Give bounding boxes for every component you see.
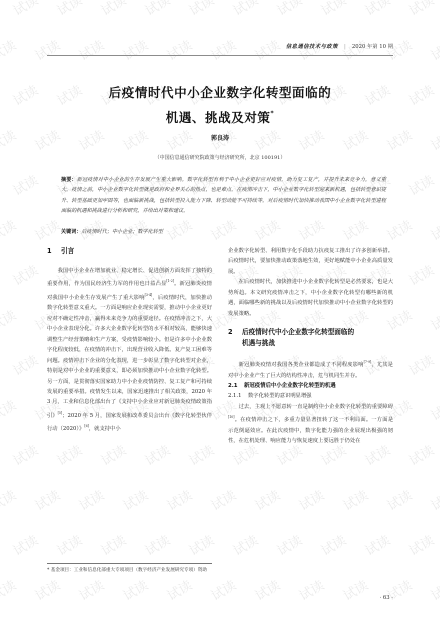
watermark-text: 试读 (119, 485, 151, 514)
watermark-text: 试读 (53, 440, 85, 469)
watermark-text: 试读 (75, 485, 107, 514)
watermark-text: 试读 (405, 260, 437, 289)
watermark-text: 试读 (427, 395, 440, 424)
title-line-2-text: 机遇、挑战及对策 (166, 110, 271, 125)
watermark-text: 试读 (0, 395, 19, 424)
watermark-text: 试读 (405, 530, 437, 559)
watermark-text: 试读 (75, 575, 107, 604)
article-title: 后疫情时代中小企业数字化转型面临的 机遇、挑战及对策* (40, 82, 400, 128)
watermark-text: 试读 (273, 0, 305, 19)
watermark-text: 试读 (405, 80, 437, 109)
watermark-text: 试读 (97, 440, 129, 469)
watermark-text: 试读 (405, 0, 437, 19)
watermark-text: 试读 (0, 305, 19, 334)
watermark-text: 试读 (9, 80, 41, 109)
page-number: · 63 · (380, 595, 393, 601)
footnote-divider (47, 563, 212, 564)
watermark-text: 试读 (207, 575, 239, 604)
section-title: 引言 (61, 246, 74, 257)
watermark-text: 试读 (427, 575, 440, 604)
watermark-text: 试读 (295, 575, 327, 604)
author-affiliation: （中国信息通信研究院政策与经济研究所，北京 100191） (0, 154, 440, 161)
issue-number: 2020 年第 10 期 (352, 43, 393, 52)
subsection-title: 新冠疫情后中小企业数字化转型的机遇 (244, 383, 336, 389)
left-column: 1 引言 我国中小企业在增加就业、稳定增长、促进创新方面发挥了独特的重要作用，作… (47, 246, 212, 435)
watermark-text: 试读 (9, 170, 41, 199)
section-title: 后疫情时代中小企业数字化转型面临的机遇与挑战 (242, 327, 354, 349)
watermark-text: 试读 (361, 530, 393, 559)
watermark-text: 试读 (141, 0, 173, 19)
paragraph: 我国中小企业在增加就业、稳定增长、促进创新方面发挥了独特的重要作用，作为国民经济… (47, 266, 212, 435)
watermark-text: 试读 (0, 575, 19, 604)
header-separator: | (344, 43, 346, 52)
watermark-text: 试读 (9, 530, 41, 559)
watermark-text: 试读 (251, 485, 283, 514)
watermark-text: 试读 (9, 440, 41, 469)
watermark-text: 试读 (141, 530, 173, 559)
watermark-text: 试读 (185, 0, 217, 19)
watermark-text: 试读 (0, 485, 19, 514)
section-title-line-2: 机遇与挑战 (242, 339, 275, 347)
watermark-text: 试读 (97, 0, 129, 19)
text: 过去，主观上不愿意转一直是制约中小企业数字化转型的重要障碍 (239, 404, 393, 410)
watermark-text: 试读 (405, 350, 437, 379)
author-name: 郭良涛 (0, 133, 440, 142)
watermark-text: 试读 (9, 350, 41, 379)
paragraph-continued: 企业数字化转型、利用数字化手段助力抗疫复工推出了许多创新举措。后疫情时代，要加快… (228, 246, 393, 277)
section-1-heading: 1 引言 (47, 246, 212, 257)
section-2-heading: 2 后疫情时代中小企业数字化转型面临的机遇与挑战 (228, 327, 393, 349)
watermark-text: 试读 (317, 0, 349, 19)
keywords-label: 关键词： (61, 229, 81, 235)
footnote-text: 基金项目：工业和信息化部重大专项项目（数字经济产业发展研究专项）资助 (51, 568, 207, 573)
abstract-label: 摘要： (61, 177, 77, 183)
subsection-number: 2.1 (228, 381, 244, 391)
watermark-text: 试读 (9, 0, 41, 19)
watermark-text: 试读 (0, 35, 19, 64)
text: ；2020 年 5 月，国家发展和改革委员会出台《数字化转型伙伴行动（2020）… (47, 413, 212, 432)
citation-link[interactable]: [1-2] (166, 279, 174, 283)
abstract: 摘要：新冠疫情对中小企业的生存发展产生重大影响。数字化转型有利于中小企业更好应对… (61, 175, 386, 216)
funding-footnote-mark[interactable]: * (271, 110, 275, 117)
watermark-text: 试读 (31, 575, 63, 604)
funding-footnote: * 基金项目：工业和信息化部重大专项项目（数字经济产业发展研究专项）资助 (47, 567, 207, 575)
abstract-text: 新冠疫情对中小企业的生存发展产生重大影响。数字化转型有利于中小企业更好应对疫情，… (61, 177, 386, 214)
journal-name: 信息通信技术与政策 (286, 43, 338, 52)
watermark-text: 试读 (185, 530, 217, 559)
watermark-text: 试读 (339, 485, 371, 514)
watermark-text: 试读 (31, 215, 63, 244)
text: 。在疫情冲击之下，多重力量显著扭转了这一不利局面。一方面是示范倒逼效应。在此次疫… (228, 417, 393, 444)
watermark-text: 试读 (427, 35, 440, 64)
watermark-text: 试读 (53, 0, 85, 19)
watermark-text: 试读 (295, 485, 327, 514)
watermark-text: 试读 (97, 530, 129, 559)
text: 新冠肺炎疫情对我国各类企业都造成了不同程度影响 (239, 362, 364, 368)
keywords: 关键词：后疫情时代；中小企业；数字化转型 (61, 227, 386, 237)
watermark-text: 试读 (405, 170, 437, 199)
watermark-text: 试读 (405, 440, 437, 469)
watermark-text: 试读 (427, 485, 440, 514)
paragraph: 新冠肺炎疫情对我国各类企业都造成了不同程度影响[7-9]，尤其是对中小企业产生了… (228, 357, 393, 381)
watermark-text: 试读 (0, 215, 19, 244)
title-line-2: 机遇、挑战及对策* (40, 103, 400, 128)
watermark-text: 试读 (427, 215, 440, 244)
watermark-text: 试读 (119, 575, 151, 604)
watermark-text: 试读 (163, 485, 195, 514)
section-title-line-1: 后疫情时代中小企业数字化转型面临的 (242, 328, 354, 336)
footnote-mark: * (47, 568, 49, 573)
paragraph: 在后疫情时代，加快推进中小企业数字化转型是必然要求，也是大势所趋。本文研究疫情冲… (228, 277, 393, 319)
text: ，后疫情时代，加快推动数字化转型意义重大。一方面是响应企业现实需要，推动中小企业… (47, 295, 212, 419)
text: ，就支持中小 (89, 426, 121, 432)
watermark-text: 试读 (9, 260, 41, 289)
subsection-2-1-1-heading: 2.1.1数字化转型的意识明显增强 (228, 391, 393, 401)
title-line-1: 后疫情时代中小企业数字化转型面临的 (40, 82, 400, 103)
section-number: 1 (47, 246, 61, 257)
watermark-text: 试读 (229, 0, 261, 19)
subsection-title: 数字化转型的意识明显增强 (248, 393, 312, 399)
watermark-text: 试读 (383, 485, 415, 514)
watermark-text: 试读 (273, 530, 305, 559)
watermark-text: 试读 (317, 530, 349, 559)
watermark-text: 试读 (31, 485, 63, 514)
watermark-text: 试读 (163, 575, 195, 604)
section-number: 2 (228, 327, 242, 349)
watermark-text: 试读 (383, 215, 415, 244)
watermark-text: 试读 (427, 305, 440, 334)
watermark-text: 试读 (141, 440, 173, 469)
subsection-2-1-heading: 2.1新冠疫情后中小企业数字化转型的机遇 (228, 381, 393, 391)
paragraph: 过去，主观上不愿意转一直是制约中小企业数字化转型的重要障碍[10]。在疫情冲击之… (228, 402, 393, 447)
watermark-text: 试读 (251, 575, 283, 604)
watermark-text: 试读 (185, 440, 217, 469)
watermark-text: 试读 (229, 530, 261, 559)
watermark-text: 试读 (53, 530, 85, 559)
keywords-text: 后疫情时代；中小企业；数字化转型 (81, 229, 163, 235)
right-column: 企业数字化转型、利用数字化手段助力抗疫复工推出了许多创新举措。后疫情时代，要加快… (228, 246, 393, 446)
subsection-number: 2.1.1 (228, 391, 248, 401)
watermark-text: 试读 (207, 485, 239, 514)
running-header: 信息通信技术与政策 | 2020 年第 10 期 (47, 38, 393, 56)
watermark-text: 试读 (361, 0, 393, 19)
watermark-text: 试读 (339, 575, 371, 604)
